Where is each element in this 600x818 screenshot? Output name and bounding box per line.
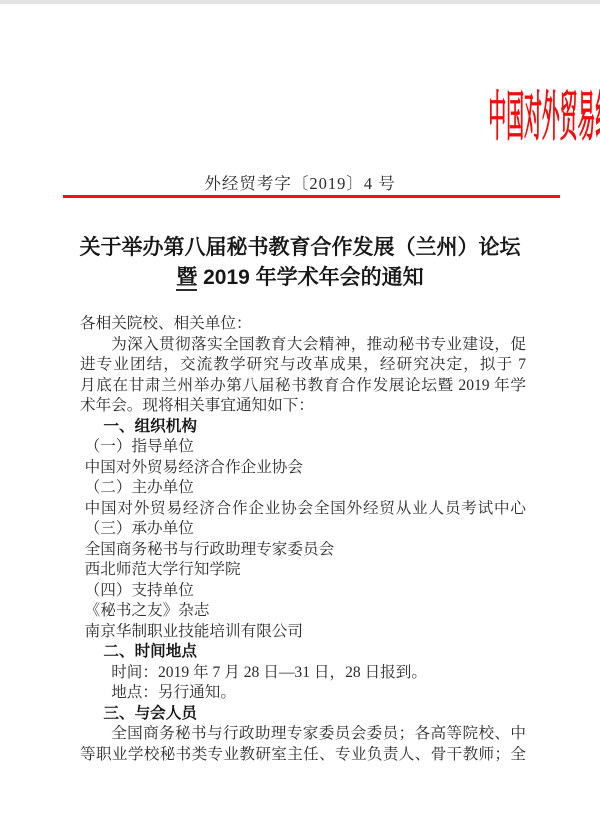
- title-line2-rest: 2019 年学术年会的通知: [197, 266, 423, 289]
- body-line: 等职业学校秘书类专业教研室主任、专业负责人、骨干教师；全: [80, 745, 526, 766]
- body-line: 中国对外贸易经济合作企业协会: [80, 458, 526, 479]
- body-line: （二）主办单位: [80, 478, 526, 499]
- body-line: （四）支持单位: [80, 581, 526, 602]
- body-line: 西北师范大学行知学院: [80, 560, 526, 581]
- section-heading-3: 三、与会人员: [80, 704, 526, 725]
- page-top-edge: [0, 0, 600, 4]
- document-number: 外经贸考字〔2019〕4 号: [0, 170, 600, 194]
- section-heading-2: 二、时间地点: [80, 642, 526, 663]
- body-line: 全国商务秘书与行政助理专家委员会: [80, 540, 526, 561]
- notice-body: 各相关院校、相关单位： 为深入贯彻落实全国教育大会精神，推动秘书专业建设，促 进…: [80, 314, 526, 765]
- notice-title-line2: 暨 2019 年学术年会的通知: [0, 263, 600, 293]
- header-divider-line: [63, 195, 560, 198]
- body-line: 《秘书之友》杂志: [80, 601, 526, 622]
- issuing-org-title-text: 中国对外贸易经济合作企业协会全国外经贸从业人员考试中心: [488, 90, 600, 144]
- body-line: 术年会。现将相关事宜通知如下：: [80, 396, 526, 417]
- notice-title: 关于举办第八届秘书教育合作发展（兰州）论坛 暨 2019 年学术年会的通知: [0, 233, 600, 293]
- body-line: 中国对外贸易经济合作企业协会全国外经贸从业人员考试中心: [80, 499, 526, 520]
- body-line-salutation: 各相关院校、相关单位：: [80, 314, 526, 335]
- body-line: （三）承办单位: [80, 519, 526, 540]
- notice-title-line1: 关于举办第八届秘书教育合作发展（兰州）论坛: [0, 233, 600, 263]
- title-underlined-char: 暨: [176, 266, 197, 291]
- body-line: 为深入贯彻落实全国教育大会精神，推动秘书专业建设，促: [80, 335, 526, 356]
- body-line: 进专业团结，交流教学研究与改革成果，经研究决定，拟于 7: [80, 355, 526, 376]
- body-line: 月底在甘肃兰州举办第八届秘书教育合作发展论坛暨 2019 年学: [80, 376, 526, 397]
- issuing-org-header: 中国对外贸易经济合作企业协会全国外经贸从业人员考试中心: [0, 90, 600, 144]
- body-line: （一）指导单位: [80, 437, 526, 458]
- body-line: 时间：2019 年 7 月 28 日—31 日，28 日报到。: [80, 663, 526, 684]
- section-heading-1: 一、组织机构: [80, 417, 526, 438]
- body-line: 地点：另行通知。: [80, 683, 526, 704]
- document-page: 中国对外贸易经济合作企业协会全国外经贸从业人员考试中心 外经贸考字〔2019〕4…: [0, 0, 600, 818]
- body-line: 全国商务秘书与行政助理专家委员会委员；各高等院校、中: [80, 724, 526, 745]
- body-line: 南京华制职业技能培训有限公司: [80, 622, 526, 643]
